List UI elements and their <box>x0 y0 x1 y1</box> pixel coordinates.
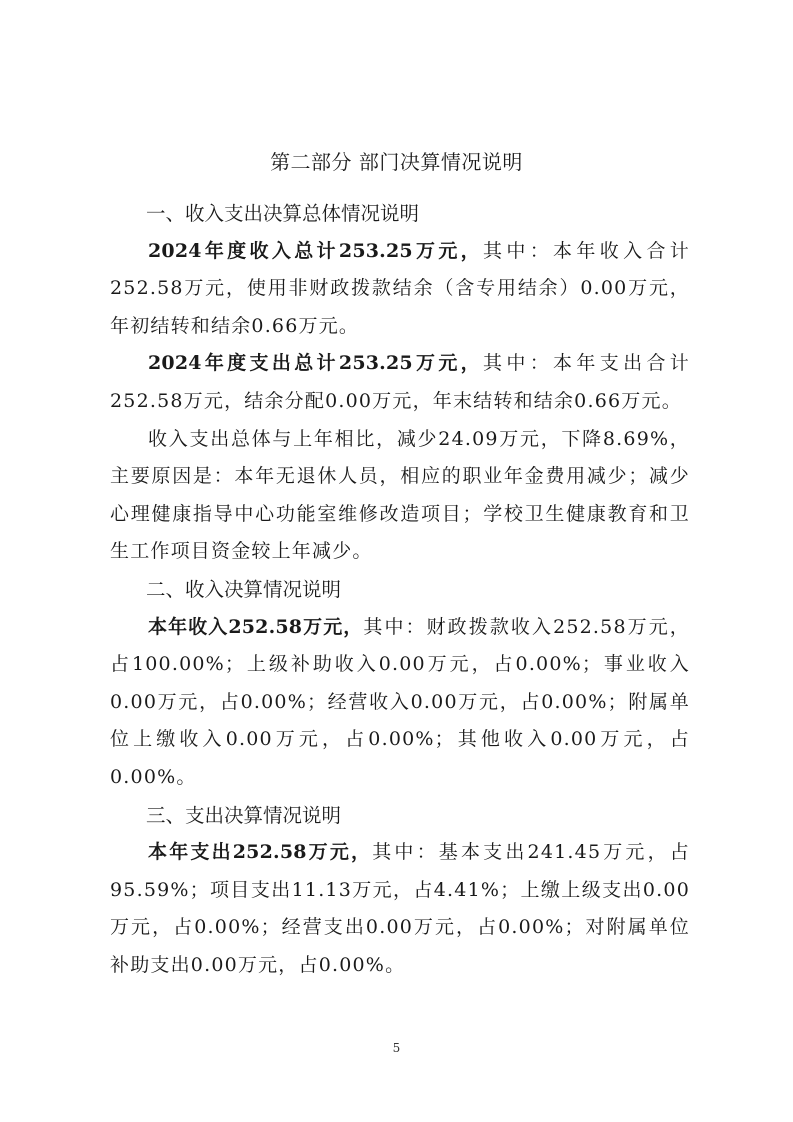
paragraph-total-income: 2024年度收入总计253.25万元，其中：本年收入合计252.58万元，使用非… <box>110 233 690 346</box>
paragraph-total-expense: 2024年度支出总计253.25万元，其中：本年支出合计252.58万元，结余分… <box>110 345 690 420</box>
section-income: 二、收入决算情况说明 本年收入252.58万元，其中：财政拨款收入252.58万… <box>110 571 690 797</box>
paragraph-year-comparison: 收入支出总体与上年相比，减少24.09万元，下降8.69%，主要原因是：本年无退… <box>110 421 690 571</box>
section-expense: 三、支出决算情况说明 本年支出252.58万元，其中：基本支出241.45万元，… <box>110 797 690 985</box>
paragraph-income-detail: 本年收入252.58万元，其中：财政拨款收入252.58万元，占100.00%；… <box>110 609 690 797</box>
page-title: 第二部分 部门决算情况说明 <box>0 148 793 176</box>
paragraph-expense-detail: 本年支出252.58万元，其中：基本支出241.45万元，占95.59%；项目支… <box>110 834 690 984</box>
paragraph-text: 其中：财政拨款收入252.58万元，占100.00%；上级补助收入0.00万元，… <box>110 616 690 788</box>
document-page: 第二部分 部门决算情况说明 一、收入支出决算总体情况说明 2024年度收入总计2… <box>0 0 793 1122</box>
section-heading: 一、收入支出决算总体情况说明 <box>110 195 690 233</box>
document-body: 一、收入支出决算总体情况说明 2024年度收入总计253.25万元，其中：本年收… <box>110 195 690 984</box>
paragraph-lead: 2024年度支出总计253.25万元， <box>148 352 483 374</box>
section-heading: 二、收入决算情况说明 <box>110 571 690 609</box>
paragraph-lead: 本年收入252.58万元， <box>148 616 363 638</box>
paragraph-text: 收入支出总体与上年相比，减少24.09万元，下降8.69%，主要原因是：本年无退… <box>110 428 690 563</box>
page-number: 5 <box>0 1041 793 1055</box>
section-overall: 一、收入支出决算总体情况说明 2024年度收入总计253.25万元，其中：本年收… <box>110 195 690 571</box>
section-heading: 三、支出决算情况说明 <box>110 797 690 835</box>
paragraph-lead: 本年支出252.58万元， <box>148 841 372 863</box>
paragraph-lead: 2024年度收入总计253.25万元， <box>148 240 483 262</box>
